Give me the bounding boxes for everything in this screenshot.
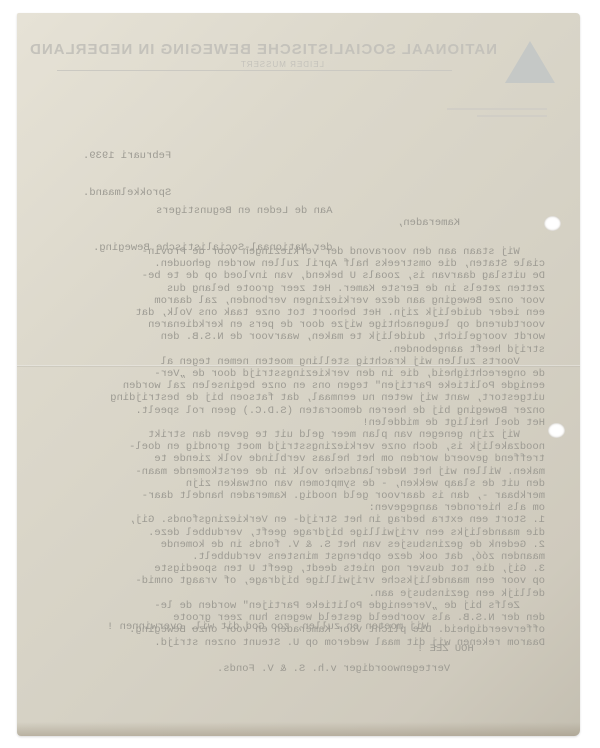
letter-body: Wij staan aan den vooravond der verkiezi… bbox=[75, 246, 545, 649]
closing-line: Wij moeten en zullen, zoo God dit wil, o… bbox=[107, 621, 428, 633]
greeting: HOU ZEE ! bbox=[417, 643, 474, 655]
letterhead-subtitle: LEIDER MUSSERT bbox=[67, 60, 497, 69]
addressee-line-1: Aan de Leden en Begunstigers bbox=[93, 205, 332, 217]
triangle-emblem-icon bbox=[505, 41, 555, 83]
signature: Vertegenwoordiger v.h. S. & V. Fonds. bbox=[217, 663, 450, 675]
letterhead-address bbox=[447, 108, 547, 122]
letter-sheet: NATIONAAL SOCIALISTISCHE BEWEGING IN NED… bbox=[17, 13, 580, 736]
letterhead-rule bbox=[57, 70, 452, 71]
letterhead: NATIONAAL SOCIALISTISCHE BEWEGING IN NED… bbox=[67, 41, 497, 69]
letterhead-title: NATIONAAL SOCIALISTISCHE BEWEGING IN NED… bbox=[67, 41, 497, 58]
salutation: Kameraden, bbox=[397, 217, 460, 229]
date-line: Februari 1939. bbox=[83, 150, 171, 162]
punch-hole-bottom bbox=[548, 423, 565, 438]
punch-hole-top bbox=[544, 216, 561, 231]
